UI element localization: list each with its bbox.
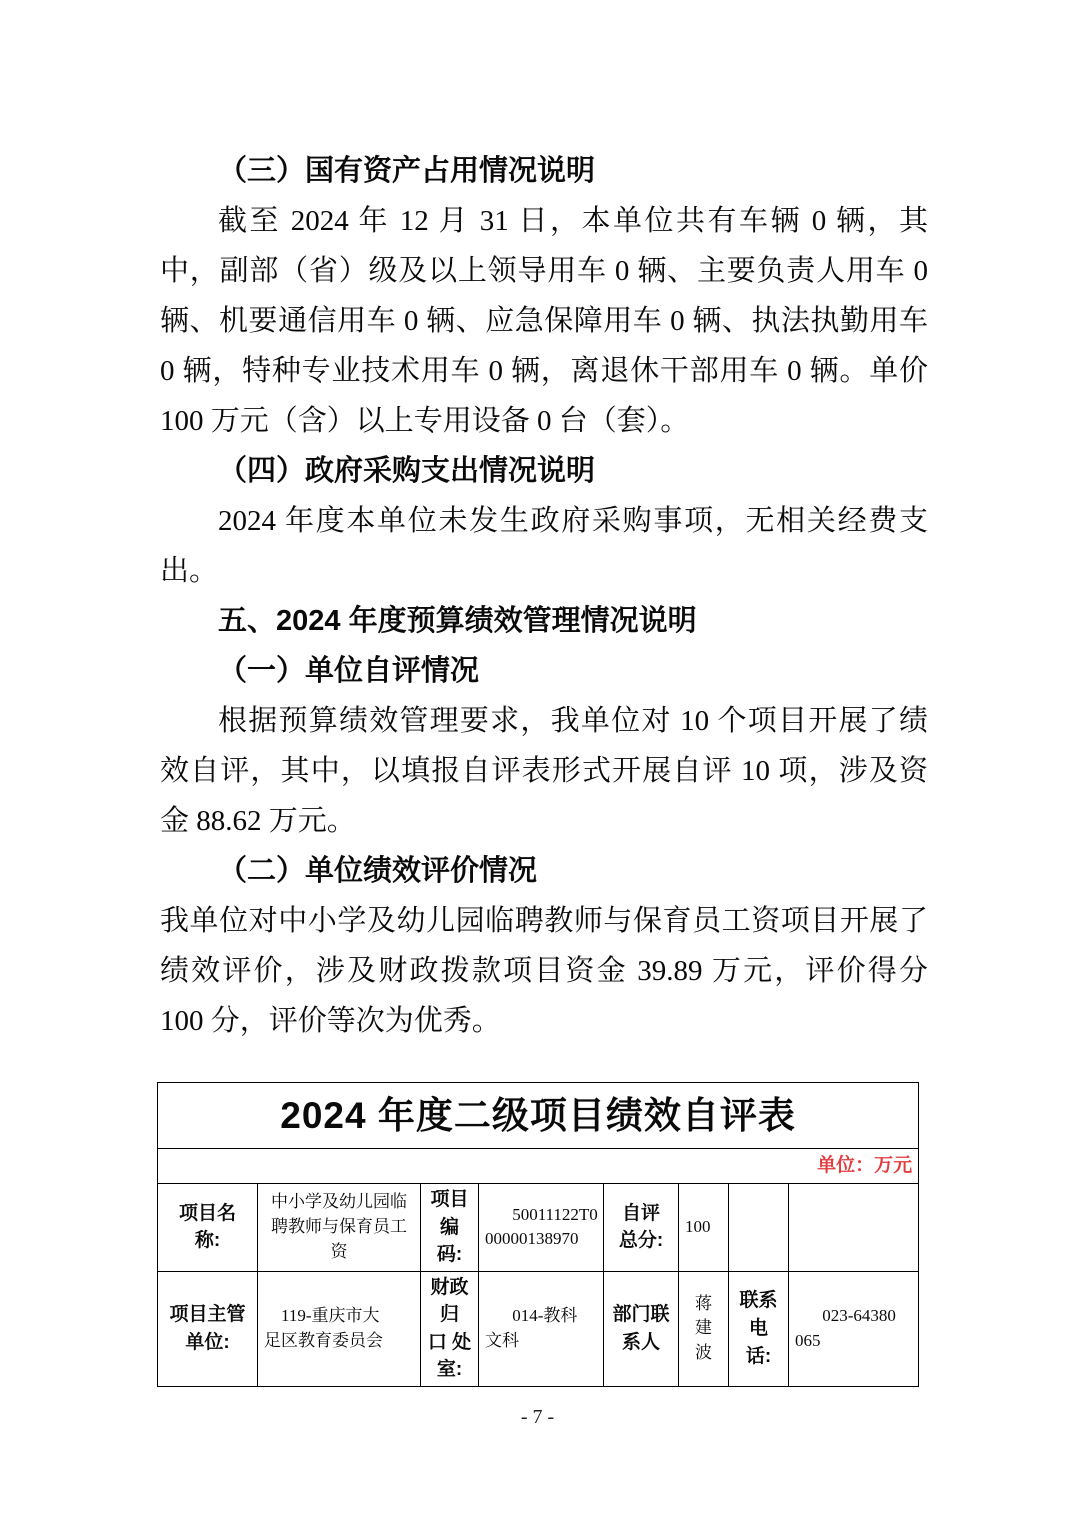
self-eval-table-wrap: 2024 年度二级项目绩效自评表 单位：万元 项目名 称: 中小学及幼儿园临 聘…: [157, 1082, 919, 1387]
table-row-department: 项目主管 单位: 119-重庆市大 足区教育委员会 财政 归 口 处 室: 01…: [158, 1271, 919, 1386]
para-state-assets: 截至 2024 年 12 月 31 日，本单位共有车辆 0 辆，其中，副部（省）…: [160, 196, 928, 446]
supervisor-unit-value: 119-重庆市大 足区教育委员会: [258, 1271, 421, 1386]
project-name-label: 项目名 称:: [158, 1184, 258, 1272]
empty-cell: [789, 1184, 919, 1272]
heading-unit-evaluation: （二）单位绩效评价情况: [160, 846, 928, 896]
project-name-value: 中小学及幼儿园临 聘教师与保育员工资: [258, 1184, 421, 1272]
para-gov-procurement: 2024 年度本单位未发生政府采购事项，无相关经费支出。: [160, 496, 928, 596]
finance-office-value: 014-教科 文科: [479, 1271, 604, 1386]
table-row-project: 项目名 称: 中小学及幼儿园临 聘教师与保育员工资 项目 编 码: 500111…: [158, 1184, 919, 1272]
table-title-row: 2024 年度二级项目绩效自评表: [158, 1083, 919, 1149]
document-body: （三）国有资产占用情况说明 截至 2024 年 12 月 31 日，本单位共有车…: [160, 146, 928, 1046]
performance-self-eval-table: 2024 年度二级项目绩效自评表 单位：万元 项目名 称: 中小学及幼儿园临 聘…: [157, 1082, 919, 1387]
project-code-label: 项目 编 码:: [421, 1184, 479, 1272]
page-number: - 7 -: [0, 1406, 1075, 1429]
finance-office-label: 财政 归 口 处 室:: [421, 1271, 479, 1386]
unit-note: 单位：万元: [158, 1149, 919, 1184]
table-title: 2024 年度二级项目绩效自评表: [158, 1083, 919, 1149]
heading-state-assets: （三）国有资产占用情况说明: [160, 146, 928, 196]
para-self-evaluation: 根据预算绩效管理要求，我单位对 10 个项目开展了绩效自评，其中，以填报自评表形…: [160, 696, 928, 846]
supervisor-unit-label: 项目主管 单位:: [158, 1271, 258, 1386]
dept-contact-label: 部门联 系人: [604, 1271, 679, 1386]
self-score-label: 自评 总分:: [604, 1184, 679, 1272]
heading-budget-performance: 五、2024 年度预算绩效管理情况说明: [160, 596, 928, 646]
para-unit-evaluation: 我单位对中小学及幼儿园临聘教师与保育员工资项目开展了绩效评价，涉及财政拨款项目资…: [160, 896, 928, 1046]
heading-self-evaluation: （一）单位自评情况: [160, 646, 928, 696]
heading-gov-procurement: （四）政府采购支出情况说明: [160, 446, 928, 496]
contact-phone-label: 联系 电 话:: [729, 1271, 789, 1386]
project-code-value: 50011122T0 00000138970: [479, 1184, 604, 1272]
document-page: （三）国有资产占用情况说明 截至 2024 年 12 月 31 日，本单位共有车…: [0, 0, 1075, 1520]
self-score-value: 100: [679, 1184, 729, 1272]
contact-phone-value: 023-64380 065: [789, 1271, 919, 1386]
empty-cell: [729, 1184, 789, 1272]
table-unit-row: 单位：万元: [158, 1149, 919, 1184]
dept-contact-value: 蒋 建 波: [679, 1271, 729, 1386]
